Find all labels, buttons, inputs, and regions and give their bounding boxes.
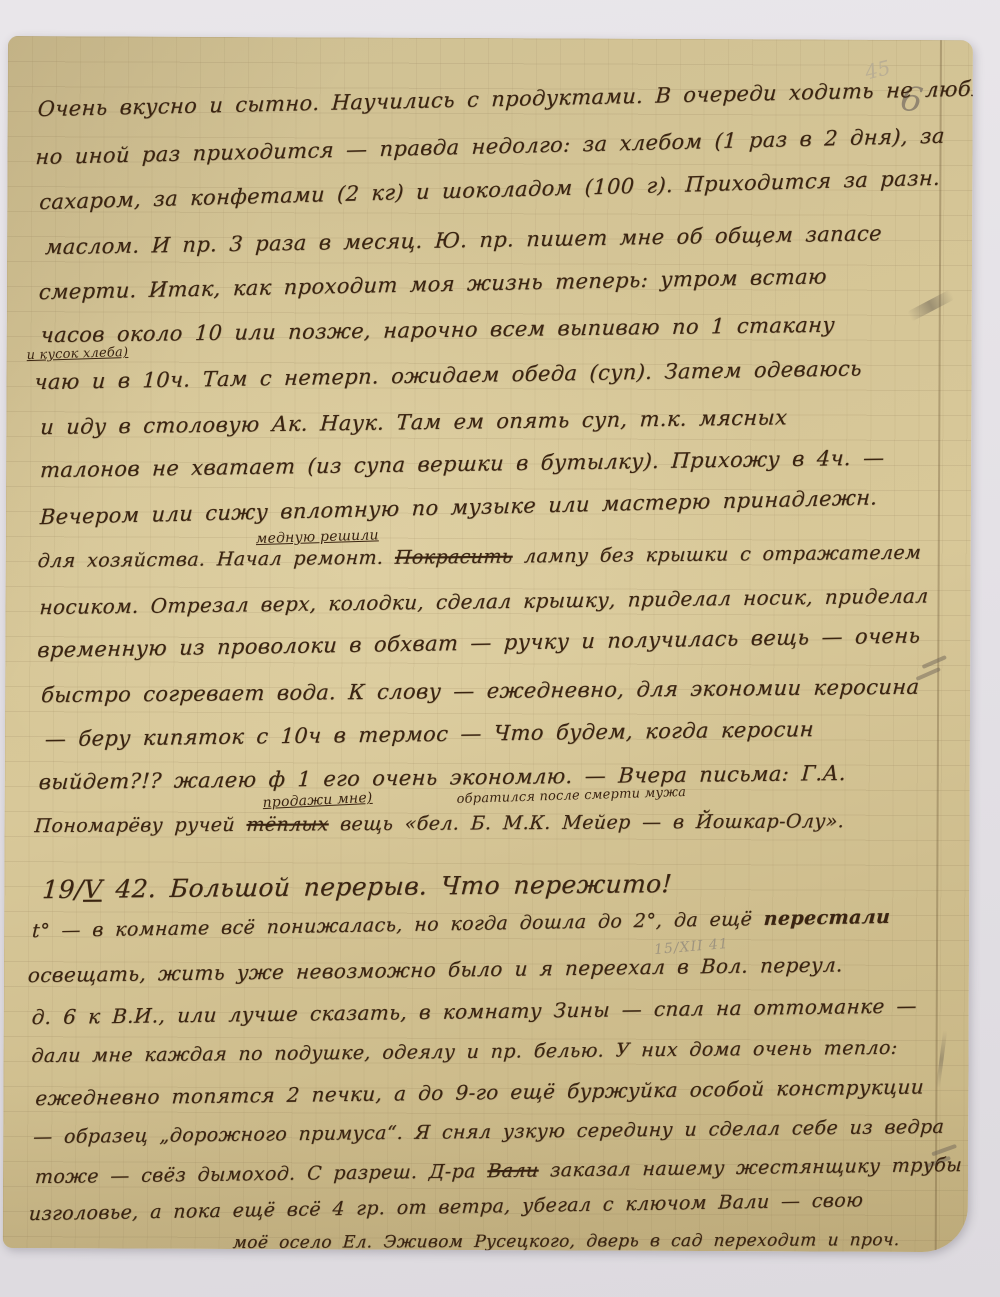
manuscript-text: Вали — [487, 1160, 539, 1183]
manuscript-text: вещь «бел. Б. М.К. Мейер — в Йошкар-Олу»… — [328, 810, 845, 835]
manuscript-text: лампу без крышки с отражателем — [512, 542, 922, 568]
manuscript-text: тёплых — [246, 813, 330, 836]
manuscript-text: V — [83, 875, 103, 904]
manuscript-text: Пономарёву ручей — [34, 814, 247, 837]
manuscript-page: 45 6 15/XII 41 Очень вкусно и сытно. Нау… — [3, 36, 973, 1252]
manuscript-line: моё осело Ел. Эживом Русецкого, дверь в … — [232, 1230, 900, 1252]
manuscript-text: 42. Большой перерыв. Что пережито! — [101, 869, 673, 903]
manuscript-text: моё осело Ел. Эживом Русецкого, дверь в … — [232, 1230, 900, 1252]
interline-insert: и кусок хлеба) — [26, 345, 128, 363]
manuscript-text: для хозяйства. Начал ремонт. — [37, 547, 396, 572]
manuscript-text: Покрасить — [394, 546, 513, 569]
manuscript-text: перестали — [763, 906, 891, 930]
manuscript-text: 19/ — [41, 875, 84, 904]
manuscript-line: 19/V 42. Большой перерыв. Что пережито! — [41, 869, 673, 904]
